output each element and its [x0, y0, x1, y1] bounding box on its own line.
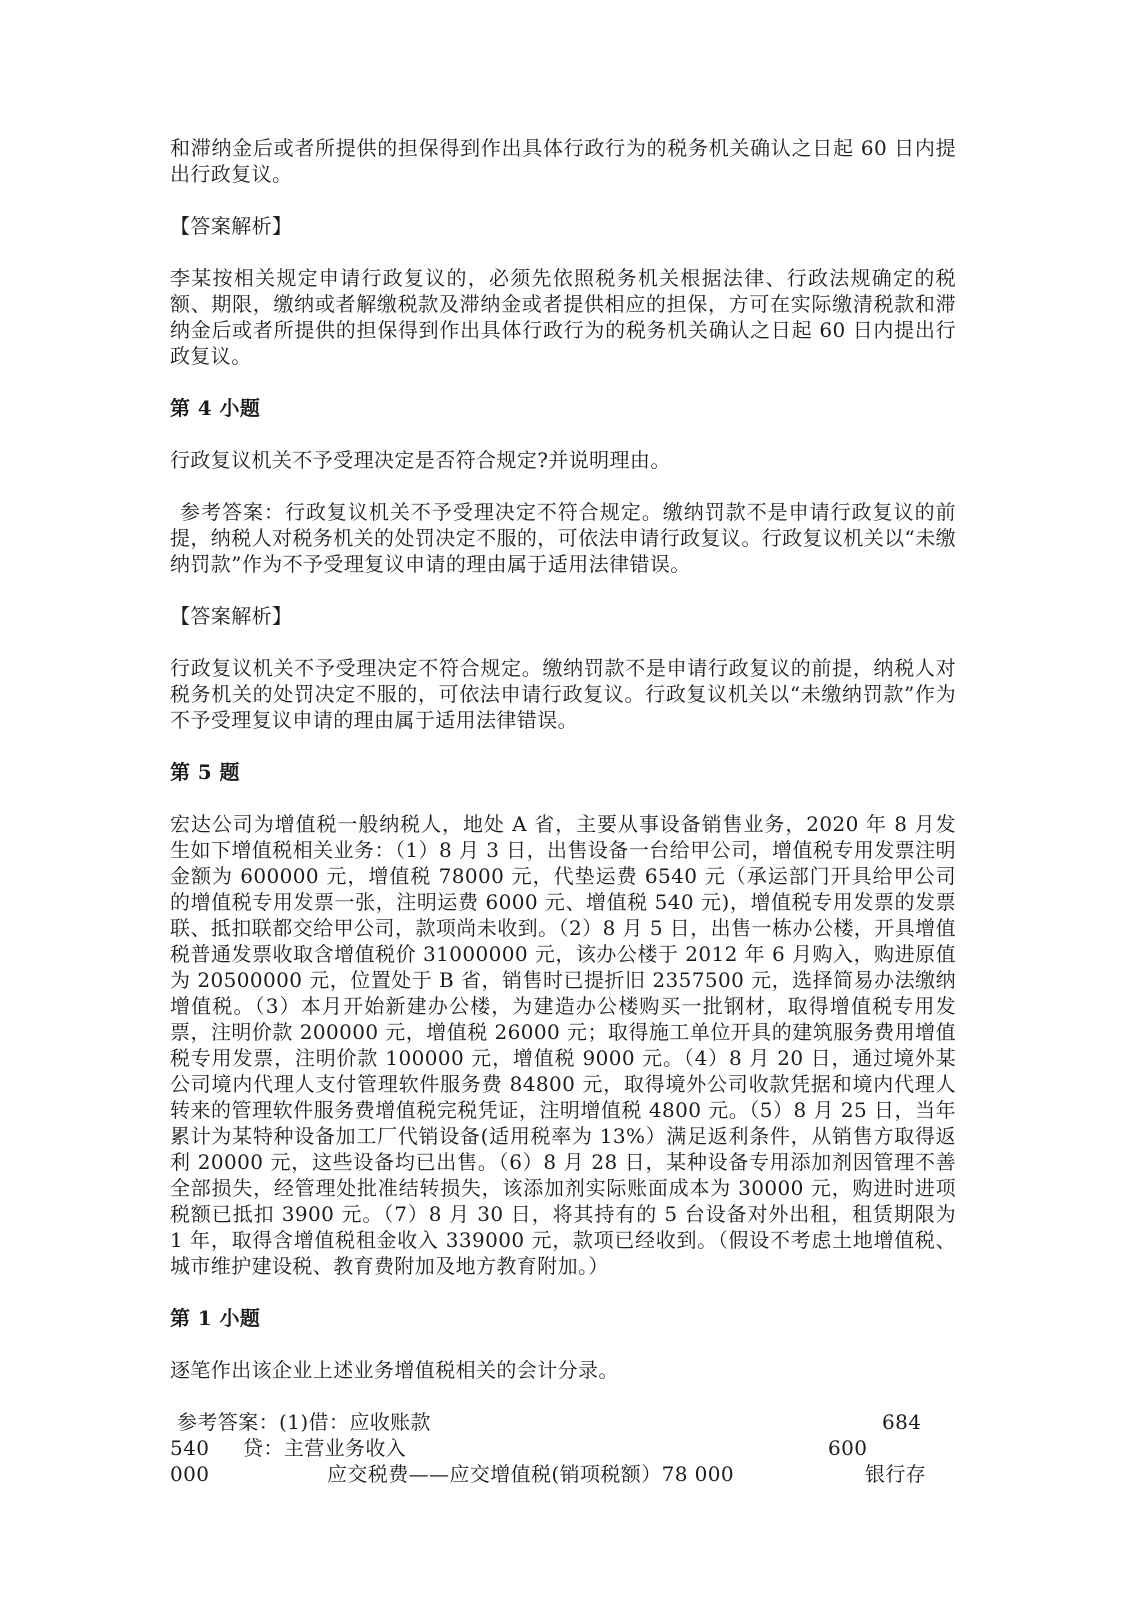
subquestion-4-heading: 第 4 小题 [170, 395, 956, 421]
journal-amount-fragment-1: 684 [882, 1409, 921, 1435]
journal-entry-line-1: 参考答案：(1)借：应收账款 684 [170, 1409, 956, 1435]
journal-entry-line-2: 540 贷：主营业务收入 600 [170, 1435, 956, 1461]
subquestion-4-question: 行政复议机关不予受理决定是否符合规定?并说明理由。 [170, 447, 956, 473]
question-5-body: 宏达公司为增值税一般纳税人，地处 A 省，主要从事设备销售业务，2020 年 8… [170, 811, 956, 1279]
continuation-paragraph: 和滞纳金后或者所提供的担保得到作出具体行政行为的税务机关确认之日起 60 日内提… [170, 135, 956, 187]
journal-amount-fragment-4: 000 [170, 1461, 209, 1487]
journal-entry-line-3: 000 应交税费——应交增值税(销项税额）78 000 银行存 [170, 1461, 956, 1487]
journal-answer-debit-account: 参考答案：(1)借：应收账款 [177, 1409, 431, 1435]
journal-bank-account-fragment: 银行存 [865, 1461, 926, 1487]
journal-entry-block: 参考答案：(1)借：应收账款 684 540 贷：主营业务收入 600 000 … [170, 1409, 956, 1487]
journal-credit-account-1: 贷：主营业务收入 [243, 1435, 406, 1461]
answer-analysis-paragraph-2: 行政复议机关不予受理决定不符合规定。缴纳罚款不是申请行政复议的前提，纳税人对税务… [170, 655, 956, 733]
document-page: 和滞纳金后或者所提供的担保得到作出具体行政行为的税务机关确认之日起 60 日内提… [0, 0, 1131, 1600]
subquestion-1-heading: 第 1 小题 [170, 1305, 956, 1331]
answer-analysis-label-2: 【答案解析】 [170, 603, 956, 629]
question-5-heading: 第 5 题 [170, 759, 956, 785]
journal-amount-fragment-3: 600 [828, 1435, 867, 1461]
subquestion-1-question: 逐笔作出该企业上述业务增值税相关的会计分录。 [170, 1357, 956, 1383]
journal-credit-account-2: 应交税费——应交增值税(销项税额）78 000 [327, 1461, 734, 1487]
answer-analysis-label-1: 【答案解析】 [170, 213, 956, 239]
answer-analysis-paragraph-1: 李某按相关规定申请行政复议的，必须先依照税务机关根据法律、行政法规确定的税额、期… [170, 265, 956, 369]
document-content: 和滞纳金后或者所提供的担保得到作出具体行政行为的税务机关确认之日起 60 日内提… [170, 135, 956, 1487]
subquestion-4-answer: 参考答案：行政复议机关不予受理决定不符合规定。缴纳罚款不是申请行政复议的前提，纳… [170, 499, 956, 577]
journal-amount-fragment-2: 540 [170, 1435, 209, 1461]
